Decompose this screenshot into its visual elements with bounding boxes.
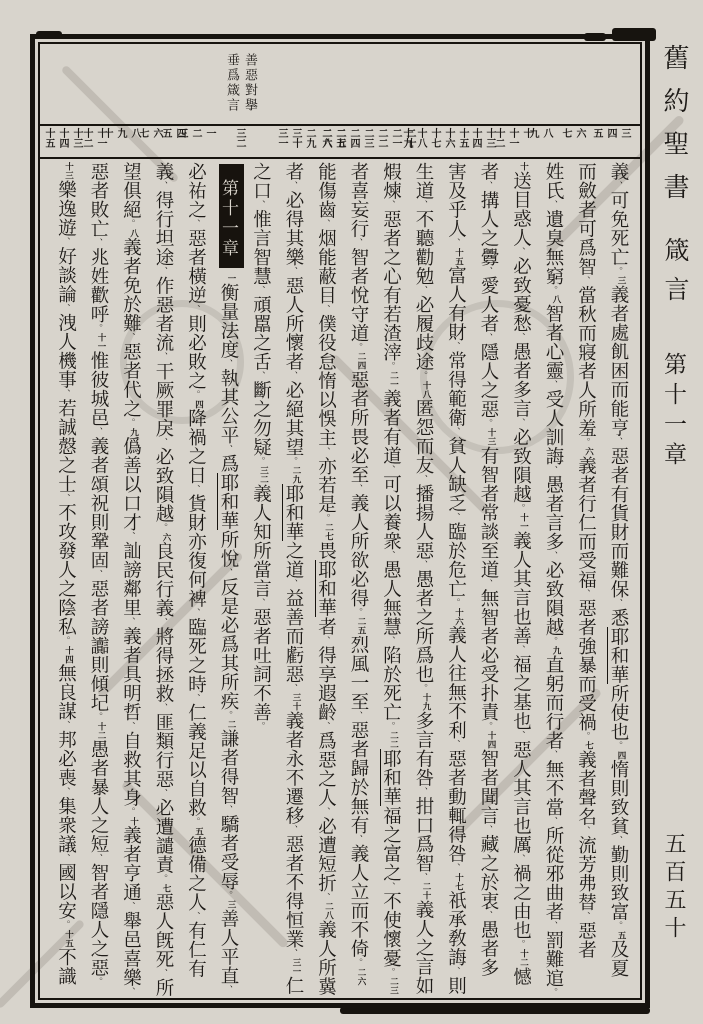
verse-number-group: 二七二八	[320, 128, 345, 148]
inline-verse-marker: 十二	[97, 722, 107, 740]
text-column: 者、必得其樂、惡人所懷者、必絕其望。二九耶和華之道、益善而虧惡、三十義者永不遷移…	[277, 162, 310, 1000]
verse-number: 六	[151, 128, 162, 138]
verse-number: 七	[560, 128, 571, 138]
scan-artifact	[36, 31, 62, 37]
verse-number: 三一	[276, 128, 287, 148]
punctuation: 。	[126, 418, 136, 428]
text-column: 者、搆人之釁、愛人者、隱人之惡。十三有智者常談至道、無智者必受扑責。十四智者聞言…	[472, 162, 505, 1000]
chapter-heading-block: 第十一章	[219, 164, 244, 268]
punctuation: 、	[516, 645, 526, 655]
page-number: 五百五十	[659, 832, 690, 944]
punctuation: 、	[353, 238, 363, 248]
inline-verse-marker: 三	[617, 276, 627, 285]
inline-verse-marker: 二一	[390, 371, 400, 389]
punctuation: 、	[353, 484, 363, 494]
punctuation: 、	[288, 949, 298, 959]
punctuation: 。	[613, 921, 623, 931]
punctuation: 。	[386, 968, 396, 978]
punctuation: 、	[223, 445, 233, 455]
punctuation: 、	[321, 636, 331, 646]
verse-number: 二八	[320, 128, 331, 148]
proper-noun-mark: 耶和華	[380, 749, 401, 806]
text-column: 十三樂逸遊、好談論、洩人機事、若誠慤之士、不攻發人之陰私。十四無良謀、邦必喪、集…	[49, 162, 82, 1000]
punctuation: 、	[158, 789, 168, 799]
verse-number: 二二	[376, 128, 387, 148]
punctuation: 。	[191, 817, 201, 827]
punctuation: 、	[126, 617, 136, 627]
punctuation: 、	[581, 826, 591, 836]
verse-number: 二三	[362, 128, 373, 148]
scripture-body: 義、可免死亡。三義者處飢困而能亨、惡者有貨財而難保、悉耶和華所使也。四惰則致貧、…	[40, 159, 640, 998]
punctuation: 。	[191, 390, 201, 400]
verse-number: 十二	[81, 128, 92, 148]
punctuation: 、	[126, 333, 136, 343]
punctuation: 、	[483, 267, 493, 277]
verse-number: 三二	[234, 128, 245, 148]
inline-verse-marker: 十一	[520, 513, 530, 531]
inline-verse-marker: 十四	[487, 731, 497, 749]
punctuation: 。	[386, 362, 396, 372]
punctuation: 、	[93, 570, 103, 580]
punctuation: 、	[613, 437, 623, 447]
text-column: 害及乎人、十五富人有財、常得範衛、貧人缺乏、臨於危亡。十六義人往無不利、惡者動輒…	[439, 162, 472, 1000]
punctuation: 、	[516, 854, 526, 864]
punctuation: 、	[483, 181, 493, 191]
text-column: 義、得行坦途、作惡者流、干厥罪戾、必致隕越。六良民行義、將得拯救、匪類行惡、必遭…	[147, 162, 180, 1000]
inline-verse-marker: 七	[585, 741, 595, 750]
inline-verse-marker: 十	[520, 162, 530, 171]
punctuation: 、	[483, 579, 493, 589]
verse-number: 二四	[348, 128, 359, 148]
punctuation: 、	[223, 568, 233, 578]
punctuation: 、	[61, 787, 71, 797]
punctuation: 。	[418, 684, 428, 694]
verse-number: 十五	[43, 128, 54, 148]
inline-verse-marker: 六	[162, 533, 172, 542]
punctuation: 。	[256, 457, 266, 467]
verse-number-group: 十三十四十五	[43, 128, 82, 148]
verse-number: 二	[190, 128, 201, 138]
inline-verse-marker: 二四	[357, 352, 367, 370]
inline-verse-marker: 二	[227, 720, 237, 729]
punctuation: 、	[386, 882, 396, 892]
text-column: 生道、不聽勸勉、必履歧途。十八匿怨而友、播揚人惡、愚者之所爲也。十九多言有咎、拑…	[407, 162, 440, 1000]
verse-number: 十	[521, 128, 532, 138]
punctuation: 、	[613, 181, 623, 191]
punctuation: 、	[386, 636, 396, 646]
verse-number-group: 十一十二	[81, 128, 106, 148]
verse-number: 八	[541, 128, 552, 138]
inline-verse-marker: 十三	[487, 428, 497, 446]
punctuation: 、	[321, 893, 331, 903]
text-column: 而斂者可爲智、當秋而寢者人所羞。六義者行仁而受福、惡者強暴而受禍。七義者聲名、流…	[569, 162, 602, 1000]
scan-artifact	[584, 33, 606, 41]
inline-verse-marker: 三一	[292, 958, 302, 976]
verse-number-group: 十一十二	[493, 128, 518, 148]
punctuation: 、	[418, 873, 428, 883]
verse-number: 十七	[429, 128, 440, 148]
punctuation: 、	[93, 427, 103, 437]
inline-verse-marker: 十七	[455, 873, 465, 891]
inline-verse-marker: 十二	[520, 949, 530, 967]
inline-verse-marker: 十三	[65, 162, 75, 180]
punctuation: 、	[288, 267, 298, 277]
inline-verse-marker: 二九	[292, 466, 302, 484]
verse-number: 二七	[334, 128, 345, 148]
punctuation: 、	[191, 694, 201, 704]
inline-verse-marker: 十五	[455, 248, 465, 266]
proper-noun-mark: 耶和華	[315, 560, 336, 617]
punctuation: 、	[451, 863, 461, 873]
section-title: 箴言	[656, 237, 692, 315]
punctuation: 、	[61, 494, 71, 504]
inline-verse-marker: 七	[162, 884, 172, 893]
verse-number: 十六	[443, 128, 454, 148]
punctuation: 、	[516, 333, 526, 343]
inline-verse-marker: 十八	[422, 381, 432, 399]
verse-number-group: 十三十四	[470, 128, 495, 148]
punctuation: 。	[353, 343, 363, 353]
verse-number: 二九	[304, 128, 315, 148]
text-column: 十送目惑人、必致憂愁、愚者多言、必致隕越。十一義人其言也善、福之基也、惡人其言也…	[504, 162, 537, 1000]
punctuation: 、	[93, 238, 103, 248]
text-column: 姓氏、遺臭無窮。八智者心靈、受人訓誨、愚者言多、必致隕越。九直躬而行者、無不當、…	[537, 162, 570, 1000]
verse-number: 十一	[95, 128, 106, 148]
punctuation: 、	[288, 371, 298, 381]
punctuation: 、	[321, 219, 331, 229]
header-zone: 善惡對擧 垂爲箴言	[40, 44, 640, 124]
scan-artifact	[612, 28, 656, 41]
punctuation: 、	[516, 731, 526, 741]
inline-verse-marker: 二二	[390, 731, 400, 749]
punctuation: 、	[158, 438, 168, 448]
punctuation: 、	[158, 352, 168, 362]
punctuation: 、	[451, 427, 461, 437]
punctuation: 、	[191, 305, 201, 315]
punctuation: 。	[93, 977, 103, 987]
punctuation: 、	[61, 721, 71, 731]
verse-number: 十三	[484, 128, 495, 148]
punctuation: 、	[483, 333, 493, 343]
scan-artifact	[340, 1007, 650, 1014]
punctuation: 、	[548, 380, 558, 390]
punctuation: 、	[451, 238, 461, 248]
verse-number-group: 十	[521, 128, 532, 138]
punctuation: 、	[353, 835, 363, 845]
verse-number: 十三	[71, 128, 82, 148]
punctuation: 、	[223, 985, 233, 995]
punctuation: 、	[126, 902, 136, 912]
proper-noun-mark: 耶和華	[607, 627, 628, 684]
punctuation: 、	[158, 181, 168, 191]
punctuation: 、	[548, 200, 558, 210]
punctuation: 。	[223, 891, 233, 901]
inline-verse-marker: 二五	[357, 617, 367, 635]
punctuation: 、	[451, 740, 461, 750]
verse-number: 十五	[457, 128, 468, 148]
punctuation: 。	[158, 874, 168, 884]
punctuation: 。	[158, 523, 168, 533]
punctuation: 、	[548, 551, 558, 561]
punctuation: 、	[256, 200, 266, 210]
verse-number: 十一	[507, 128, 518, 148]
verse-number-group: 六七	[137, 128, 162, 138]
inline-verse-marker: 八	[552, 295, 562, 304]
page-frame: 善惡對擧 垂爲箴言 三四五六七八九十十一十二十三十四十五十六十七十八十九二十二一…	[30, 34, 650, 1008]
punctuation: 、	[158, 618, 168, 628]
punctuation: 、	[223, 359, 233, 369]
punctuation: 。	[613, 741, 623, 751]
inline-verse-marker: 十一	[97, 333, 107, 351]
verse-number-group: 二九三十三一	[276, 128, 315, 148]
text-column: 能傷齒、烟能蔽目、僕役怠惰以悞主、亦若是。二七畏耶和華者、得享遐齡、爲惡之人、必…	[309, 162, 342, 1000]
punctuation: 。	[581, 438, 591, 448]
punctuation: 、	[516, 247, 526, 257]
verse-number-group: 八九十	[101, 128, 140, 138]
punctuation: 、	[483, 825, 493, 835]
verse-number: 九	[115, 128, 126, 138]
inline-verse-marker: 二八	[325, 902, 335, 920]
verse-number-strip: 三四五六七八九十十一十二十三十四十五十六十七十八十九二十二一二二二三二四二五二六…	[40, 126, 640, 157]
punctuation: 。	[126, 807, 136, 817]
punctuation: 、	[61, 237, 71, 247]
inline-verse-marker: 十六	[455, 608, 465, 626]
punctuation: 、	[548, 466, 558, 476]
punctuation: 、	[288, 684, 298, 694]
text-column: 之口、惟言智慧、頑嚚之舌、斷之勿疑。三二義人知所當言、惡者吐詞不善。	[244, 162, 277, 1000]
punctuation: 。	[581, 732, 591, 742]
verse-number-group: 六七	[560, 128, 585, 138]
text-column: 必祐之、惡者橫逆、則必敗之。四降禍之日、貨財亦復何裨、臨死之時、仁義足以自救。五…	[179, 162, 212, 1000]
punctuation: 、	[386, 200, 396, 210]
verse-number: 四	[174, 128, 185, 138]
text-column: 惡者敗亡、兆姓歡呼。十一惟彼城邑、義者頌祝則鞏固、惡者謗讟則傾圮。十二愚者暴人之…	[82, 162, 115, 1000]
punctuation: 、	[321, 807, 331, 817]
verse-number: 一	[204, 128, 215, 138]
punctuation: 、	[191, 485, 201, 495]
punctuation: 。	[483, 722, 493, 732]
verse-number-group: 四五	[160, 128, 185, 138]
punctuation: 、	[191, 219, 201, 229]
punctuation: 、	[61, 389, 71, 399]
text-column: 第十一章一衡量法度、執其公平、爲耶和華所悅、反是必爲其所疾。二謙者得智、驕者受辱…	[212, 162, 245, 1000]
punctuation: 、	[126, 987, 136, 997]
punctuation: 、	[256, 598, 266, 608]
punctuation: 、	[613, 599, 623, 609]
punctuation: 。	[256, 722, 266, 732]
inline-verse-marker: 一	[227, 274, 237, 283]
punctuation: 、	[516, 418, 526, 428]
punctuation: 、	[321, 722, 331, 732]
proper-noun-mark: 耶和華	[217, 473, 238, 530]
punctuation: 、	[548, 817, 558, 827]
punctuation: 、	[451, 342, 461, 352]
verse-number: 八	[129, 128, 140, 138]
punctuation: 。	[386, 722, 396, 732]
punctuation: 。	[288, 457, 298, 467]
inline-verse-marker: 十五	[65, 930, 75, 948]
punctuation: 。	[418, 371, 428, 381]
spine-margin: 舊約聖書 箴言 第十一章 五百五十	[648, 0, 703, 1024]
punctuation: 、	[191, 912, 201, 922]
chapter-label: 第十一章	[657, 352, 690, 472]
punctuation: 、	[483, 911, 493, 921]
punctuation: 、	[581, 276, 591, 286]
verse-number: 三十	[290, 128, 301, 148]
inline-verse-marker: 二七	[325, 523, 335, 541]
proper-noun-mark: 耶和華	[282, 484, 303, 541]
punctuation: 、	[451, 513, 461, 523]
punctuation: 、	[581, 589, 591, 599]
inline-verse-marker: 五	[617, 931, 627, 940]
punctuation: 。	[126, 219, 136, 229]
punctuation: 、	[191, 608, 201, 618]
punctuation: 、	[386, 465, 396, 475]
verse-number: 六	[574, 128, 585, 138]
punctuation: 、	[418, 286, 428, 296]
punctuation: 、	[418, 560, 428, 570]
punctuation: 、	[418, 475, 428, 485]
punctuation: 。	[93, 712, 103, 722]
text-column: 義、可免死亡。三義者處飢困而能亨、惡者有貨財而難保、悉耶和華所使也。四惰則致貧、…	[602, 162, 635, 1000]
inline-verse-marker: 八	[130, 229, 140, 238]
verse-number: 三	[619, 128, 630, 138]
punctuation: 、	[321, 447, 331, 457]
verse-number: 十四	[57, 128, 68, 148]
inline-verse-marker: 六	[585, 447, 595, 456]
inline-verse-marker: 二六	[357, 968, 367, 986]
book-title: 舊約聖書	[656, 44, 693, 216]
punctuation: 。	[516, 504, 526, 514]
inline-verse-marker: 二十	[422, 882, 432, 900]
punctuation: 、	[288, 825, 298, 835]
punctuation: 、	[418, 787, 428, 797]
punctuation: 、	[548, 921, 558, 931]
punctuation: 。	[613, 267, 623, 277]
summary-line-1: 善惡對擧	[243, 53, 258, 113]
verse-number-group: 三四五	[591, 128, 630, 138]
text-column: 望俱絕。八義者免於難、惡者代之。九僞善以口才、訕謗鄰里、義者具明哲、自救其身。十…	[114, 162, 147, 1000]
verse-number: 二十	[404, 128, 415, 148]
verse-number: 四	[605, 128, 616, 138]
inline-verse-marker: 五	[195, 827, 205, 836]
inline-verse-marker: 九	[552, 646, 562, 655]
verse-number: 二一	[390, 128, 401, 148]
punctuation: 、	[126, 532, 136, 542]
inline-verse-marker: 十	[130, 817, 140, 826]
inline-verse-marker: 三十	[292, 693, 302, 711]
punctuation: 、	[288, 579, 298, 589]
punctuation: 。	[353, 958, 363, 968]
punctuation: 、	[288, 181, 298, 191]
chapter-summary: 善惡對擧 垂爲箴言	[225, 53, 258, 113]
punctuation: 、	[353, 711, 363, 721]
inline-verse-marker: 三	[227, 900, 237, 909]
inline-verse-marker: 九	[130, 428, 140, 437]
punctuation: 、	[158, 703, 168, 713]
summary-line-2: 垂爲箴言	[225, 53, 240, 113]
punctuation: 。	[353, 608, 363, 618]
verse-number: 五	[591, 128, 602, 138]
inline-verse-marker: 二三	[390, 977, 400, 995]
punctuation: 、	[158, 267, 168, 277]
punctuation: 、	[61, 854, 71, 864]
punctuation: 。	[548, 988, 558, 998]
punctuation: 、	[418, 200, 428, 210]
punctuation: 、	[548, 750, 558, 760]
punctuation: 、	[158, 969, 168, 979]
punctuation: 。	[483, 419, 493, 429]
inline-verse-marker: 四	[617, 751, 627, 760]
punctuation: 。	[61, 920, 71, 930]
punctuation: 、	[321, 305, 331, 315]
punctuation: 。	[321, 514, 331, 524]
punctuation: 、	[223, 805, 233, 815]
verse-number: 十八	[415, 128, 426, 148]
punctuation: 、	[256, 371, 266, 381]
verse-number-group: 三二	[234, 128, 245, 148]
punctuation: 、	[126, 722, 136, 732]
inline-verse-marker: 十四	[65, 646, 75, 664]
punctuation: 、	[386, 551, 396, 561]
punctuation: 。	[548, 286, 558, 296]
punctuation: 。	[223, 711, 233, 721]
punctuation: 。	[548, 637, 558, 647]
text-column: 者喜妄行、智者悅守道。二四惡者所畏必至、義人所欲必得。二五烈風一至、惡者歸於無有…	[342, 162, 375, 1000]
inline-verse-marker: 十九	[422, 693, 432, 711]
punctuation: 、	[613, 836, 623, 846]
punctuation: 、	[93, 854, 103, 864]
page-frame-inner: 善惡對擧 垂爲箴言 三四五六七八九十十一十二十三十四十五十六十七十八十九二十二一…	[38, 42, 642, 1000]
punctuation: 。	[451, 598, 461, 608]
punctuation: 、	[256, 286, 266, 296]
punctuation: 。	[516, 940, 526, 950]
verse-number: 十四	[470, 128, 481, 148]
inline-verse-marker: 四	[195, 400, 205, 409]
inline-verse-marker: 三二	[260, 466, 270, 484]
punctuation: 。	[61, 636, 71, 646]
punctuation: 、	[581, 912, 591, 922]
punctuation: 、	[61, 304, 71, 314]
text-column: 煆煉、惡者之心有若渣滓。二一義者有道、可以養衆、愚人無慧、陷於死亡。二二耶和華福…	[374, 162, 407, 1000]
punctuation: 。	[93, 324, 103, 334]
punctuation: 、	[451, 967, 461, 977]
